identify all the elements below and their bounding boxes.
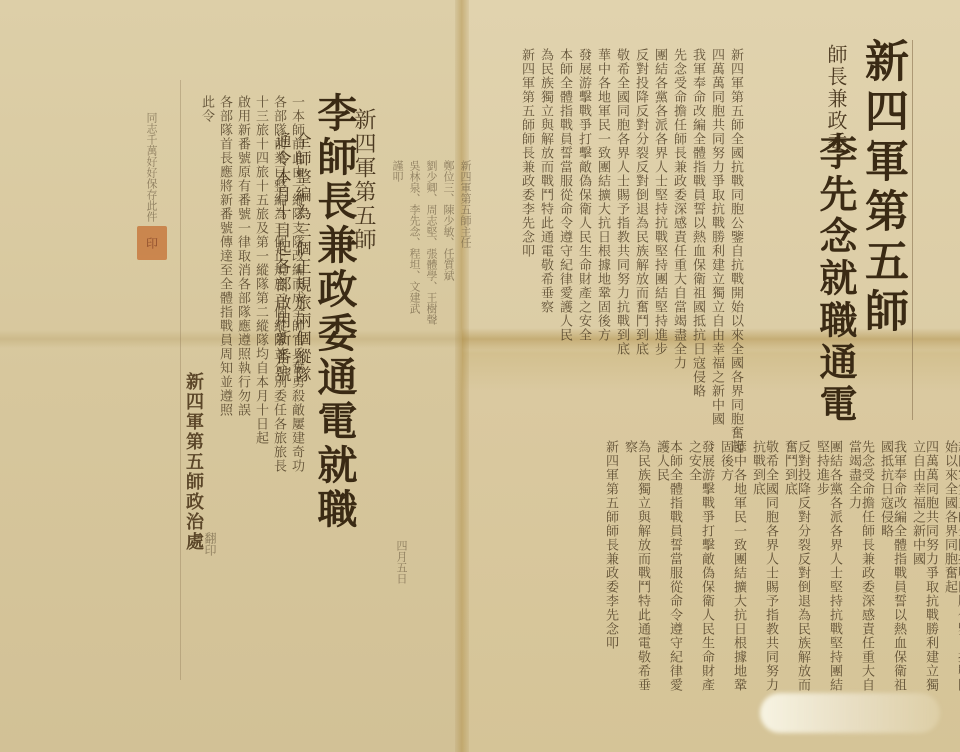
body-column: 各部隊前業已整編為三個正規旅二個縱隊並分別委任各旅旅長 [272, 95, 285, 615]
right-headline-main: 李先念就職通電 [816, 132, 854, 426]
right-title-rule [912, 40, 913, 420]
right-body-text: 新四軍第五師全國抗戰同胞公鑒自抗戰開始以來全國各界同胞奮起 四萬萬同胞共同努力爭… [520, 48, 742, 468]
left-signature: 新四軍第五師政治處 [184, 372, 202, 552]
body-column: 四萬萬同胞共同努力爭取抗戰勝利建立獨立自由幸福之新中國 [710, 48, 723, 468]
body-column: 反對投降反對分裂反對倒退為民族解放而奮鬥到底 [634, 48, 647, 468]
body-column: 一本師前此由一縱隊支隊改編而成全師官兵奮勇殺敵屢建奇功 [290, 95, 303, 615]
body-column: 新四軍第五師師長兼政委李先念叩 [604, 440, 617, 700]
body-column: 新四軍第五師師長兼政委李先念叩 [520, 48, 533, 468]
margin-note: 同志千萬好好保存此件 [146, 112, 157, 222]
body-column: 我軍奉命改編全體指戰員誓以熱血保衛祖國抵抗日寇侵略 [691, 48, 704, 468]
body-column: 四萬萬同胞共同努力爭取抗戰勝利建立獨立自由幸福之新中國 [911, 440, 937, 700]
body-column: 先念受命擔任師長兼政委深感責任重大自當竭盡全力 [672, 48, 685, 468]
right-signatories: 新四軍第五師主任 鄭位三、陳少敏、任質斌 劉少卿、周志堅、張體學、王樹聲 吳林泉… [392, 160, 471, 460]
body-column: 華中各地軍民一致團結擴大抗日根據地鞏固後方 [596, 48, 609, 468]
signatory-line: 吳林泉、李先念、程坦、文建武 [409, 160, 420, 460]
right-headline: 新四軍第五師 [860, 38, 904, 338]
body-column: 十三旅十四旅十五旅及第一縱隊第二縱隊均自本月十日起 [254, 95, 267, 615]
body-column: 我軍奉命改編全體指戰員誓以熱血保衛祖國抵抗日寇侵略 [879, 440, 905, 700]
left-margin-rule [180, 80, 181, 680]
body-column: 團結各黨各派各界人士堅持抗戰堅持團結堅持進步 [653, 48, 666, 468]
body-column: 發展游擊戰爭打擊敵偽保衛人民生命財產之安全 [577, 48, 590, 468]
red-seal-stamp: 印 [137, 226, 167, 260]
body-column: 發展游擊戰爭打擊敵偽保衛人民生命財產之安全 [687, 440, 713, 700]
signatory-line: 新四軍第五師主任 [460, 160, 471, 460]
body-column: 新四軍第五師全國抗戰同胞公鑒自抗戰開始以來全國各界同胞奮起 [729, 48, 742, 468]
body-column: 敬希全國同胞各界人士賜予指教共同努力抗戰到底 [615, 48, 628, 468]
blurred-watermark [760, 693, 940, 733]
body-column: 團結各黨各派各界人士堅持抗戰堅持團結堅持進步 [815, 440, 841, 700]
body-column: 敬希全國同胞各界人士賜予指教共同努力抗戰到底 [751, 440, 777, 700]
body-column: 先念受命擔任師長兼政委深感責任重大自當竭盡全力 [847, 440, 873, 700]
body-column: 新四軍第五師全國抗戰同胞公鑒自抗戰開始以來全國各界同胞奮起 [943, 440, 960, 700]
body-column: 華中各地軍民一致團結擴大抗日根據地鞏固後方 [719, 440, 745, 700]
body-column: 本師全體指戰員誓當服從命令遵守紀律愛護人民 [655, 440, 681, 700]
left-signature-note: 翻印 [204, 532, 216, 556]
right-body-text-lower: 新四軍第五師全國抗戰同胞公鑒自抗戰開始以來全國各界同胞奮起 四萬萬同胞共同努力爭… [604, 440, 960, 700]
body-column: 本師全體指戰員誓當服從命令遵守紀律愛護人民 [558, 48, 571, 468]
signatory-line: 謹叩 [392, 160, 403, 460]
left-headline-main: 李師長兼政委通電就職 [314, 92, 354, 532]
signatory-line: 劉少卿、周志堅、張體學、王樹聲 [426, 160, 437, 460]
document-date: 四月五日 [396, 540, 407, 584]
body-column: 為民族獨立與解放而戰鬥特此通電敬希垂察 [539, 48, 552, 468]
signatory-line: 鄭位三、陳少敏、任質斌 [443, 160, 454, 460]
body-column: 反對投降反對分裂反對倒退為民族解放而奮鬥到底 [783, 440, 809, 700]
body-column: 啟用新番號原有番號一律取消各部隊應遵照執行勿誤 [236, 95, 249, 615]
body-column: 各部隊首長應將新番號傳達至全體指戰員周知並遵照 [218, 95, 231, 615]
body-column: 為民族獨立與解放而戰鬥特此通電敬希垂察 [623, 440, 649, 700]
